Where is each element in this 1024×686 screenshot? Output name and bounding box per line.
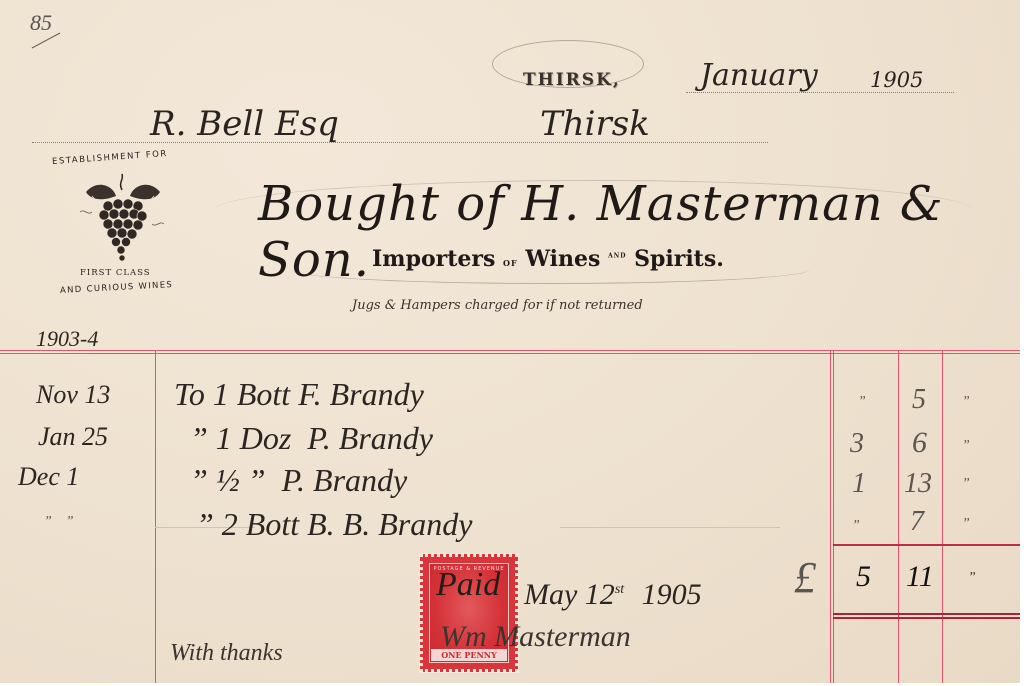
row-4-item: ” 2 Bott B. B. Brandy [196, 506, 472, 543]
notice-text: Jugs & Hampers charged for if not return… [352, 298, 643, 313]
row-1-pounds: ” [858, 394, 866, 410]
customer-town: Thirsk [540, 104, 650, 144]
row-3-pence: ” [962, 476, 970, 492]
row-4-pounds: ” [852, 518, 860, 534]
header-rule-1 [0, 350, 1020, 351]
closing-note: With thanks [170, 640, 283, 667]
total-bottom-rule-2 [833, 617, 1020, 619]
row-3-shillings: 13 [904, 468, 932, 500]
grapes-icon [78, 172, 168, 264]
emblem-bottom-text-2: AND CURIOUS WINES [60, 280, 174, 296]
ledger-period: 1903-4 [36, 326, 98, 352]
customer-line [32, 142, 768, 143]
row-4-pence: ” [962, 516, 970, 532]
total-shillings: 11 [906, 560, 934, 594]
total-pounds: 5 [856, 560, 871, 594]
total-bottom-rule-1 [833, 613, 1020, 615]
emblem-bottom-text-1: FIRST CLASS [80, 268, 151, 278]
row-2-pounds: 3 [850, 428, 864, 460]
pounds-column-rule-1 [830, 350, 831, 683]
header-rule-2 [0, 353, 1020, 354]
invoice-paper: 85 THIRSK, January 1905 R. Bell Esq Thir… [0, 0, 1020, 683]
shillings-column-rule [898, 350, 899, 683]
row-2-pence: ” [962, 438, 970, 454]
row-3-pounds: 1 [852, 468, 866, 500]
customer-name: R. Bell Esq [150, 104, 339, 144]
file-number: 85 [30, 10, 52, 36]
town-heading: THIRSK, [523, 70, 621, 90]
pence-column-rule [942, 350, 943, 683]
emblem-top-text: ESTABLISHMENT FOR [52, 149, 168, 167]
currency-symbol: £ [794, 552, 816, 603]
total-top-rule [833, 544, 1020, 546]
date-line [686, 92, 954, 93]
paid-date: May 12st 1905 [524, 578, 702, 612]
row-4-date: ” ” [44, 514, 74, 530]
pounds-column-rule-2 [833, 350, 834, 683]
paid-date-day: May 12 [524, 578, 615, 611]
paid-year: 1905 [642, 578, 702, 611]
date-column-rule [155, 350, 156, 683]
row-1-item: To 1 Bott F. Brandy [174, 376, 424, 413]
row-1-date: Nov 13 [36, 380, 110, 410]
trade-flourish [290, 255, 810, 284]
paid-date-suffix: st [615, 582, 624, 597]
row-3-item: ” ½ ” P. Brandy [190, 462, 407, 499]
date-year: 1905 [870, 68, 923, 92]
row-2-date: Jan 25 [38, 422, 108, 452]
faint-rule-2 [560, 527, 780, 528]
signature: Wm Masterman [440, 620, 631, 654]
total-pence: ” [968, 570, 976, 586]
paid-label: Paid [436, 566, 500, 604]
row-1-pence: ” [962, 394, 970, 410]
date-month: January [700, 58, 818, 93]
row-2-shillings: 6 [912, 426, 927, 460]
row-1-shillings: 5 [912, 384, 926, 416]
row-3-date: Dec 1 [18, 462, 79, 492]
row-4-shillings: 7 [910, 506, 924, 538]
row-2-item: ” 1 Doz P. Brandy [190, 420, 433, 457]
